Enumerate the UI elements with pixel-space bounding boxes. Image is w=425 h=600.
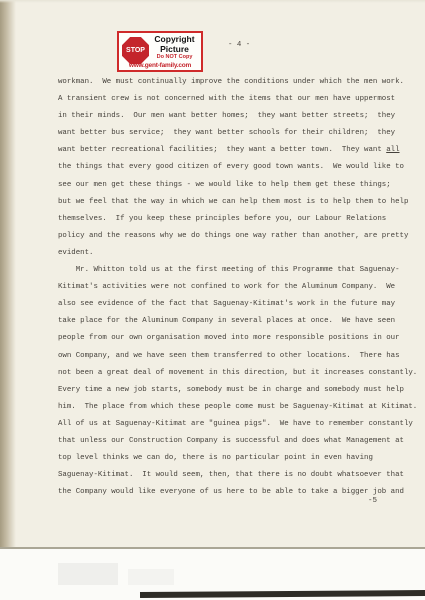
typed-text: the Company would like everyone of us he… bbox=[58, 488, 404, 496]
typed-line: take place for the Aluminum Company in s… bbox=[58, 313, 418, 330]
typed-text: Saguenay-Kitimat. It would seem, then, t… bbox=[58, 471, 404, 479]
paper-sheet: STOP Copyright Picture Do NOT Copy www.g… bbox=[0, 0, 425, 549]
typed-line: Kitimat's activities were not confined t… bbox=[58, 279, 418, 296]
typed-line: see our men get these things - we would … bbox=[58, 177, 418, 194]
typed-line: people from our own organisation moved i… bbox=[58, 330, 418, 347]
stamp-copyright-text: Copyright bbox=[150, 34, 199, 44]
typed-line: workman. We must continually improve the… bbox=[58, 74, 418, 91]
scanner-background bbox=[0, 549, 425, 600]
typed-text: not been a great deal of movement in thi… bbox=[58, 369, 417, 377]
typed-line: in their minds. Our men want better home… bbox=[58, 108, 418, 125]
typed-text: policy and the reasons why we do things … bbox=[58, 232, 408, 240]
typed-line: All of us at Saguenay-Kitimat are "guine… bbox=[58, 416, 418, 433]
scan-smudge bbox=[58, 563, 118, 585]
typed-text: want better recreational facilities; the… bbox=[58, 146, 386, 154]
typed-line: themselves. If you keep these principles… bbox=[58, 211, 418, 228]
typed-line: also see evidence of the fact that Sague… bbox=[58, 296, 418, 313]
typed-line: policy and the reasons why we do things … bbox=[58, 228, 418, 245]
scan-smudge bbox=[128, 569, 174, 585]
typed-text: own Company, and we have seen them trans… bbox=[58, 352, 400, 360]
typed-line: top level thinks we can do, there is no … bbox=[58, 450, 418, 467]
typed-text: also see evidence of the fact that Sague… bbox=[58, 300, 395, 308]
page-number-footer: -5 bbox=[368, 497, 377, 505]
typed-line: him. The place from which these people c… bbox=[58, 399, 418, 416]
typed-line: but we feel that the way in which we can… bbox=[58, 194, 418, 211]
typed-text: Every time a new job starts, somebody mu… bbox=[58, 386, 404, 394]
typed-text: A transient crew is not concerned with t… bbox=[58, 95, 395, 103]
typed-line: Mr. Whitton told us at the first meeting… bbox=[58, 262, 418, 279]
typed-line: want better bus service; they want bette… bbox=[58, 125, 418, 142]
typed-line: A transient crew is not concerned with t… bbox=[58, 91, 418, 108]
typed-text: that unless our Construction Company is … bbox=[58, 437, 404, 445]
underlined-word: all bbox=[386, 146, 399, 154]
typed-text: want better bus service; they want bette… bbox=[58, 129, 395, 137]
typed-line: want better recreational facilities; the… bbox=[58, 142, 418, 159]
page-number-header: - 4 - bbox=[228, 41, 250, 49]
typed-line: the Company would like everyone of us he… bbox=[58, 484, 418, 501]
copyright-stamp: STOP Copyright Picture Do NOT Copy www.g… bbox=[117, 31, 203, 72]
typed-line: own Company, and we have seen them trans… bbox=[58, 348, 418, 365]
scan-edge-shadow bbox=[140, 590, 425, 598]
stamp-picture-text: Picture bbox=[150, 44, 199, 54]
stop-sign-icon: STOP bbox=[122, 37, 149, 64]
typed-text: in their minds. Our men want better home… bbox=[58, 112, 395, 120]
typed-line: that unless our Construction Company is … bbox=[58, 433, 418, 450]
typed-text: themselves. If you keep these principles… bbox=[58, 215, 386, 223]
typed-line: not been a great deal of movement in thi… bbox=[58, 365, 418, 382]
typed-text: him. The place from which these people c… bbox=[58, 403, 417, 411]
typed-text: see our men get these things - we would … bbox=[58, 181, 391, 189]
typed-text: Kitimat's activities were not confined t… bbox=[58, 283, 395, 291]
typed-line: the things that every good citizen of ev… bbox=[58, 159, 418, 176]
typed-line: Saguenay-Kitimat. It would seem, then, t… bbox=[58, 467, 418, 484]
stamp-do-not-copy-text: Do NOT Copy bbox=[150, 54, 199, 61]
scanned-document-page: STOP Copyright Picture Do NOT Copy www.g… bbox=[0, 0, 425, 600]
typed-text-block: workman. We must continually improve the… bbox=[58, 74, 418, 501]
stamp-text-column: Copyright Picture Do NOT Copy bbox=[150, 34, 199, 61]
typed-line: Every time a new job starts, somebody mu… bbox=[58, 382, 418, 399]
typed-text: the things that every good citizen of ev… bbox=[58, 163, 404, 171]
typed-text: All of us at Saguenay-Kitimat are "guine… bbox=[58, 420, 413, 428]
typed-text: people from our own organisation moved i… bbox=[58, 334, 400, 342]
stamp-url-text: www.gent-family.com bbox=[119, 62, 201, 70]
typed-line: evident. bbox=[58, 245, 418, 262]
typed-text: but we feel that the way in which we can… bbox=[58, 198, 408, 206]
typed-text: take place for the Aluminum Company in s… bbox=[58, 317, 395, 325]
typed-text: Mr. Whitton told us at the first meeting… bbox=[58, 266, 400, 274]
stop-sign-label: STOP bbox=[126, 47, 145, 54]
typed-text: top level thinks we can do, there is no … bbox=[58, 454, 373, 462]
typed-text: workman. We must continually improve the… bbox=[58, 78, 404, 86]
typed-text: evident. bbox=[58, 249, 93, 257]
